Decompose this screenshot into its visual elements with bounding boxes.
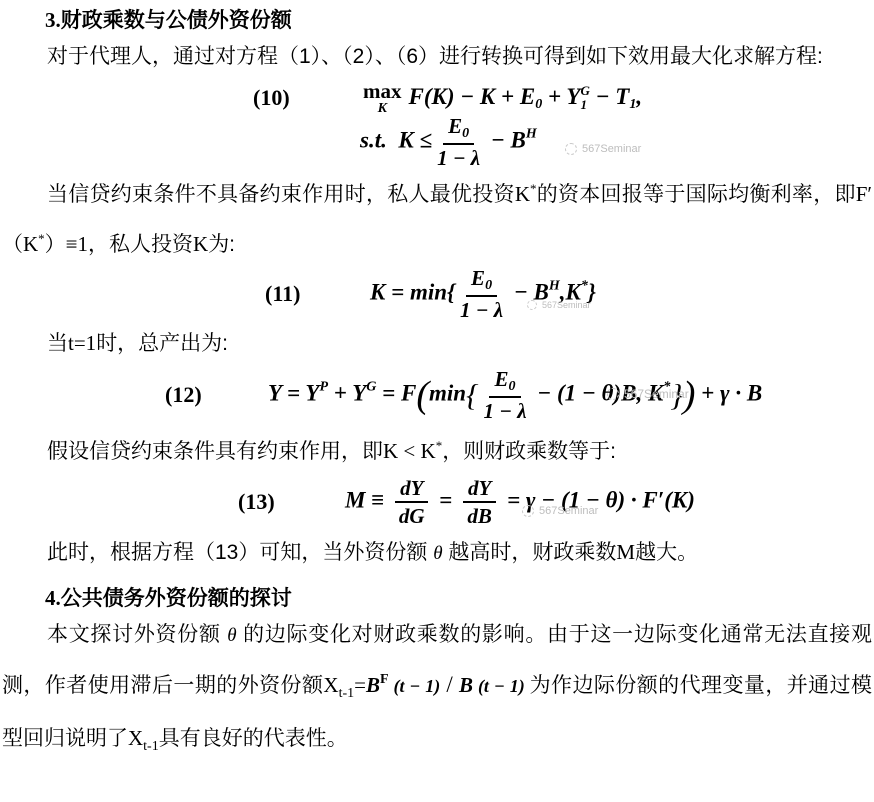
text-run: M [616,540,635,564]
fraction: E01 − λ [483,367,526,423]
paragraph-credit-unbinding: 当信贷约束条件不具备约束作用时，私人最优投资K*的资本回报等于国际均衡利率，即F… [0,167,874,267]
text-run: X [323,673,338,697]
fraction: E01 − λ [437,114,480,170]
text-run: B [459,673,473,697]
fraction: E01 − λ [460,266,503,322]
fraction: dYdB [463,476,496,528]
text-run: (t − 1) [473,676,530,696]
text-run: t-1 [143,739,159,754]
equation-11-body: K = min{E01 − λ − BH,K*} [370,266,596,322]
text-run: 当 [47,332,68,355]
text-run: 越大。 [635,541,698,564]
section-3-heading: 3.财政乘数与公债外资份额 [0,6,874,35]
equation-12: (12) Y = YP + YG = F(min{E01 − λ − (1 − … [0,366,874,424]
text-run: 时，总产出为: [96,332,228,355]
text-run: X [128,726,143,750]
equation-11: (11) K = min{E01 − λ − BH,K*} 567Seminar [0,267,874,321]
text-run: K [193,232,208,256]
text-run: t-1 [339,686,355,701]
equation-10-line-1: (10) maxKF(K) − K + E0 + YG1 − T1, [0,79,874,117]
text-run: K < K [383,439,436,463]
text-run: F [380,672,389,687]
text-run: 的资本回报等于国际均衡利率，即 [537,183,856,206]
text-run: 假设信贷约束条件具有约束作用，即 [47,440,383,463]
text-run: ）≡1 [45,232,88,256]
text-run: 对于代理人，通过对方程（1）、（2）、（6）进行转换可得到如下效用最大化求解方程… [47,45,823,68]
text-run: 当信贷约束条件不具备约束作用时，私人最优投资 [47,183,515,206]
equation-12-number: (12) [165,382,202,408]
text-run: 4. [45,586,61,610]
text-run: 3. [45,8,61,32]
text-run: 此时，根据方程（13）可知，当外资份额 [47,541,433,564]
document-page: 3.财政乘数与公债外资份额 对于代理人，通过对方程（1）、（2）、（6）进行转换… [0,0,874,802]
text-run: (t − 1) [389,676,441,696]
paragraph-output-t1: 当t=1时，总产出为: [0,321,874,366]
left-paren: ( [416,374,429,416]
right-brace: } [670,377,682,412]
text-run: = [354,673,366,697]
max-operator: maxK [363,81,402,116]
paragraph-proxy-variable: 本文探讨外资份额 θ 的边际变化对财政乘数的影响。由于这一边际变化通常无法直接观… [0,613,874,769]
equation-10-constraint: s.t. K ≤E01 − λ − BH [360,114,537,170]
text-run: θ [433,543,442,564]
fraction: dYdG [395,476,428,528]
y1g-supsub: G1 [580,84,589,113]
paragraph-credit-binding: 假设信贷约束条件具有约束作用，即K < K*，则财政乘数等于: [0,424,874,474]
text-run: ，私人投资 [88,233,193,256]
text-run: B [366,673,380,697]
right-paren: ) [683,374,696,416]
watermark-logo-icon [565,143,577,155]
text-run: 为: [208,233,235,256]
text-run: 公共债务外资份额的探讨 [61,587,292,610]
equation-10-objective: maxKF(K) − K + E0 + YG1 − T1, [363,81,642,116]
text-run: t=1 [68,331,96,355]
equation-10-line-2: s.t. K ≤E01 − λ − BH 567Seminar [0,117,874,167]
equation-13-number: (13) [238,489,275,515]
text-run: 具有良好的代表性。 [159,727,348,750]
text-run: K [515,182,530,206]
equation-12-body: Y = YP + YG = F(min{E01 − λ − (1 − θ)B, … [268,367,762,423]
text-run: 越高时，财政乘数 [443,541,617,564]
watermark: 567Seminar [565,143,641,155]
equation-10-number: (10) [253,85,290,111]
left-brace: { [466,377,478,412]
section-4-heading: 4.公共债务外资份额的探讨 [0,584,874,613]
paragraph-intro: 对于代理人，通过对方程（1）、（2）、（6）进行转换可得到如下效用最大化求解方程… [0,35,874,79]
equation-13: (13) M ≡ dYdG = dYdB = γ − (1 − θ) · F′(… [0,474,874,530]
watermark-text: 567Seminar [582,143,641,155]
equation-11-number: (11) [265,281,300,307]
equation-13-body: M ≡ dYdG = dYdB = γ − (1 − θ) · F′(K) [345,476,695,528]
text-run: 本文探讨外资份额 [47,623,227,646]
text-run: θ [227,625,236,646]
text-run: 财政乘数与公债外资份额 [61,9,292,32]
text-run: / [440,672,459,697]
text-run: ，则财政乘数等于: [442,440,616,463]
paragraph-multiplier-conclusion: 此时，根据方程（13）可知，当外资份额 θ 越高时，财政乘数M越大。 [0,530,874,576]
